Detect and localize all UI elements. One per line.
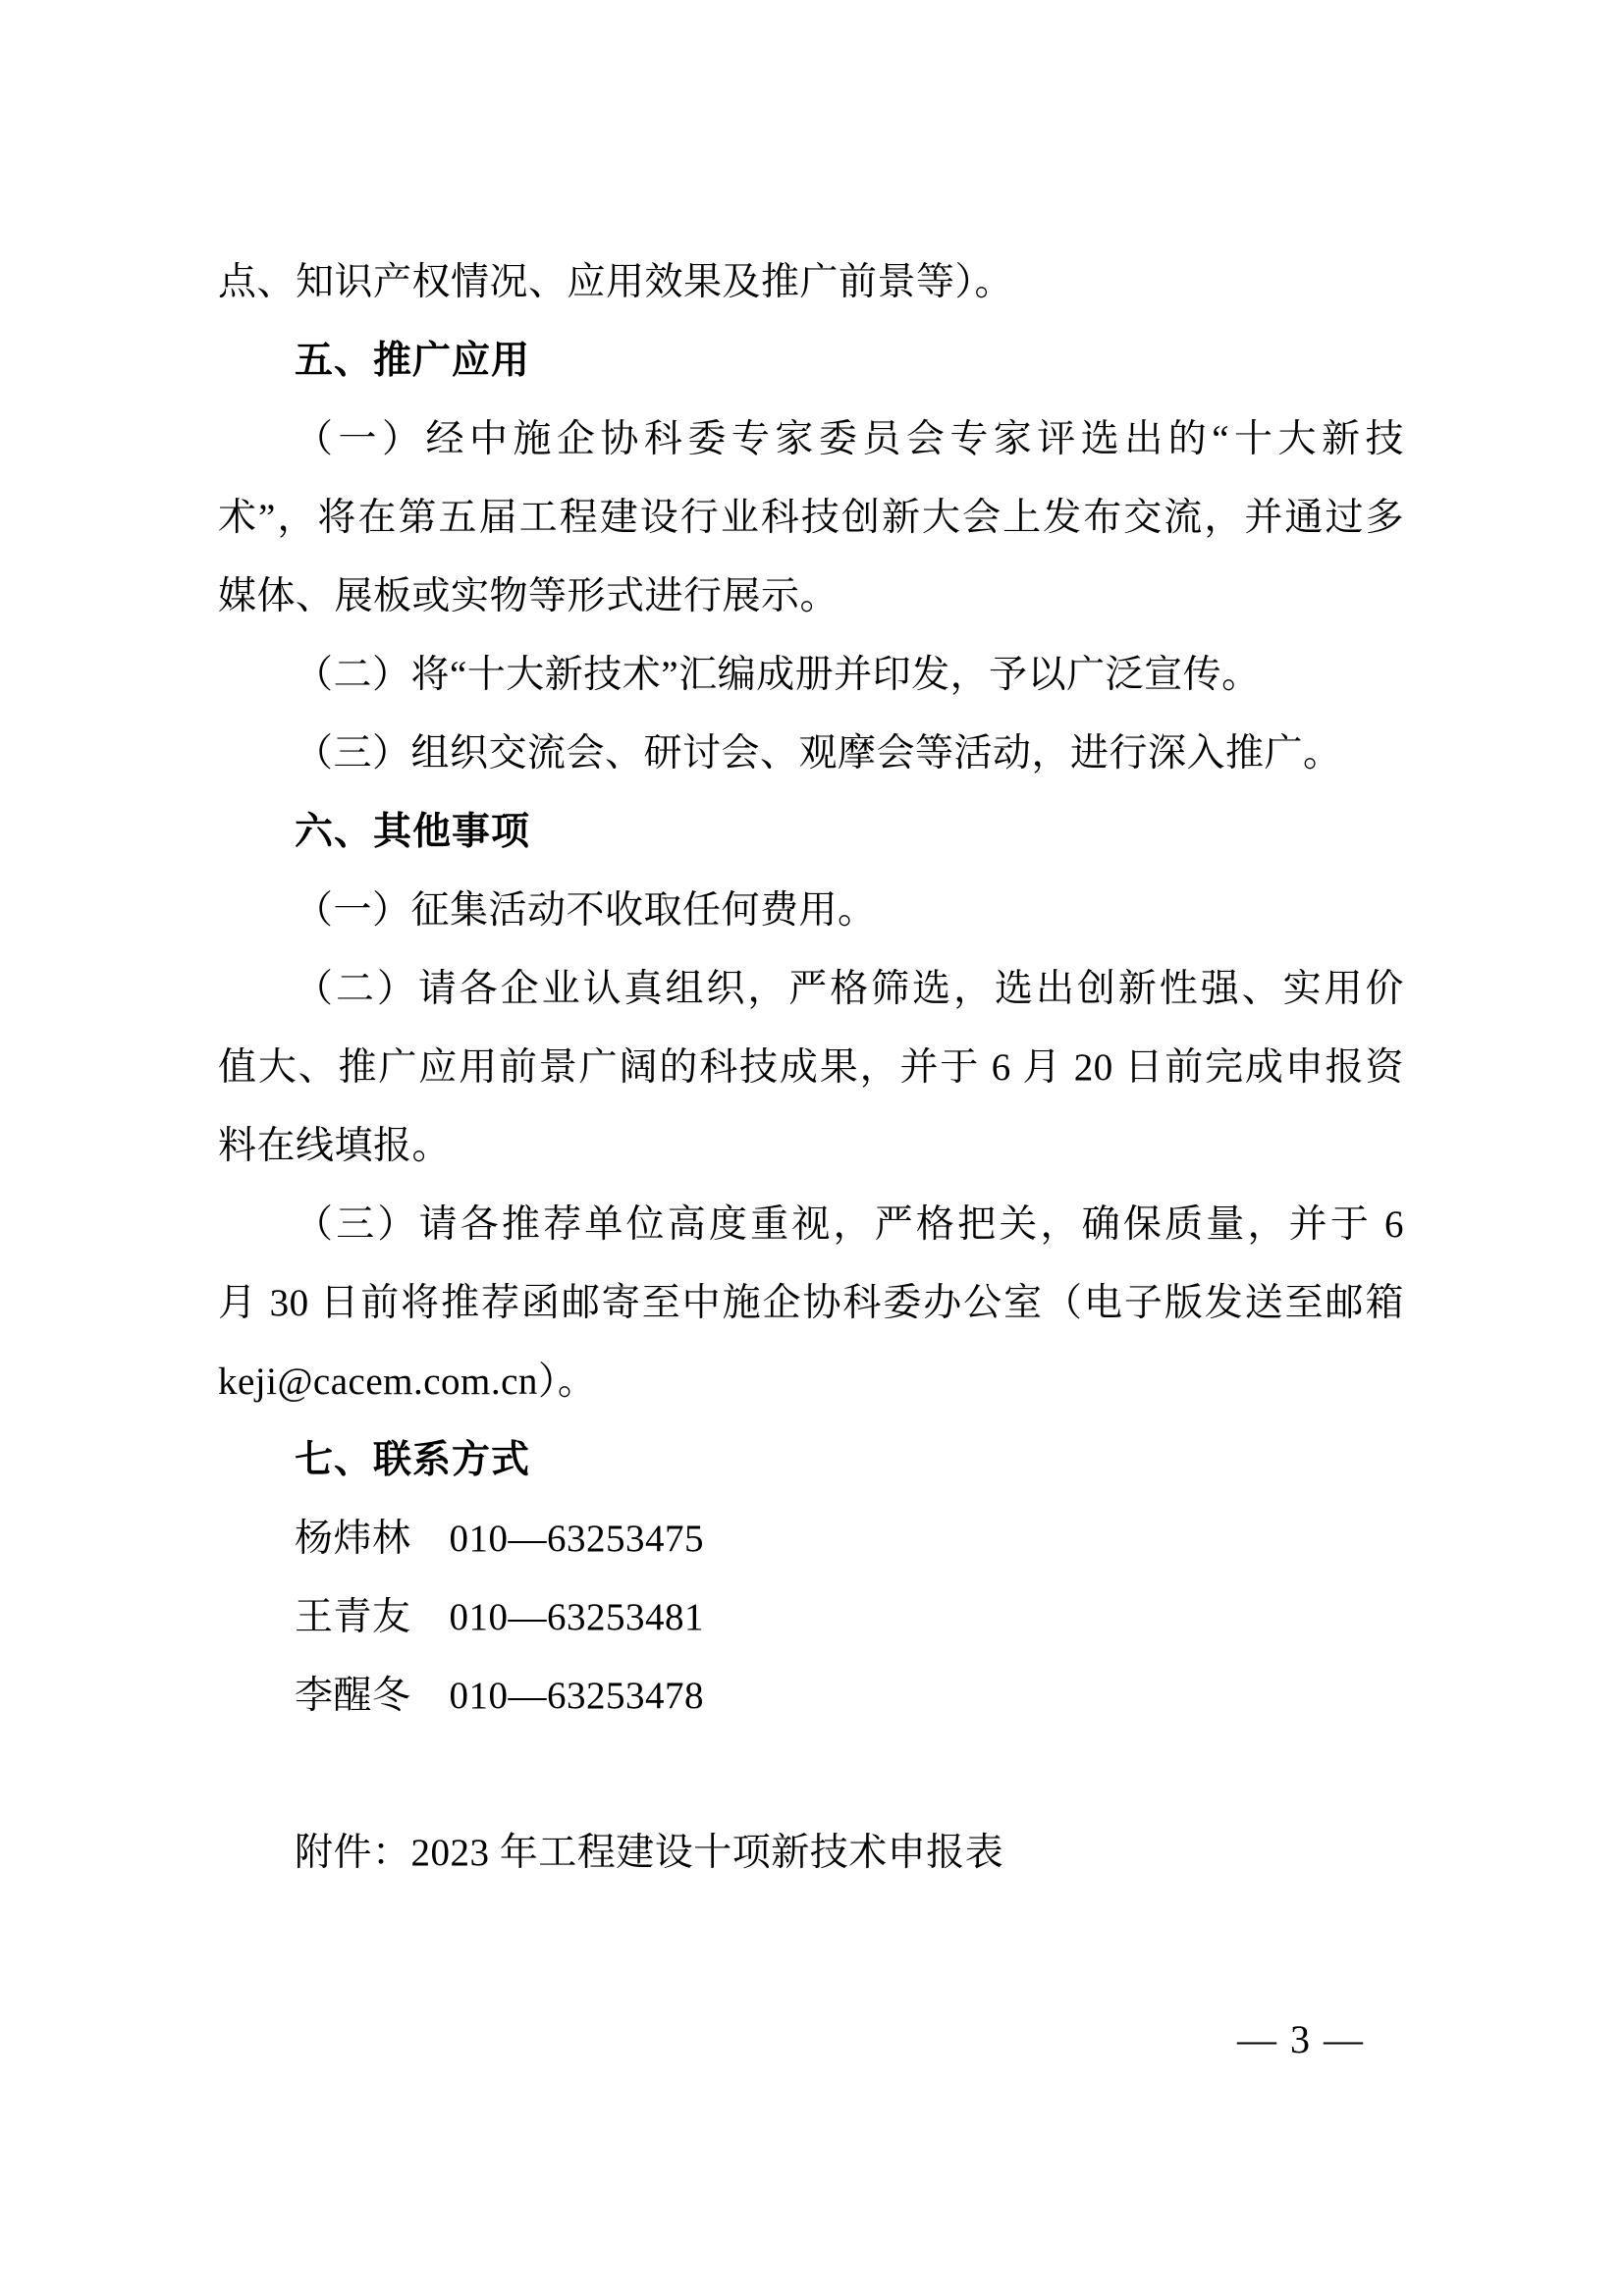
contact-phone: 010—63253478: [450, 1675, 705, 1717]
body-line: （三）组织交流会、研讨会、观摩会等活动，进行深入推广。: [218, 715, 1404, 793]
document-page: 点、知识产权情况、应用效果及推广前景等）。五、推广应用（一）经中施企协科委专家委…: [0, 0, 1624, 2296]
body-line: 点、知识产权情况、应用效果及推广前景等）。: [218, 243, 1404, 322]
blank-line: [218, 1735, 1404, 1814]
body-line: 术”，将在第五届工程建设行业科技创新大会上发布交流，并通过多: [218, 479, 1404, 558]
body-line: 媒体、展板或实物等形式进行展示。: [218, 558, 1404, 636]
section-heading: 七、联系方式: [218, 1421, 1404, 1500]
body-line: （二）请各企业认真组织，严格筛选，选出创新性强、实用价: [218, 950, 1404, 1029]
contact-line: 李醒冬010—63253478: [218, 1657, 1404, 1735]
body-line: 附件：2023 年工程建设十项新技术申报表: [218, 1814, 1404, 1893]
section-heading: 五、推广应用: [218, 322, 1404, 400]
document-body: 点、知识产权情况、应用效果及推广前景等）。五、推广应用（一）经中施企协科委专家委…: [218, 243, 1404, 1893]
contact-phone: 010—63253475: [450, 1518, 705, 1560]
body-line: 料在线填报。: [218, 1107, 1404, 1186]
contact-name: 杨炜林: [295, 1518, 411, 1560]
section-heading: 六、其他事项: [218, 793, 1404, 872]
body-line: keji@cacem.com.cn）。: [218, 1343, 1404, 1421]
body-line: 月 30 日前将推荐函邮寄至中施企协科委办公室（电子版发送至邮箱: [218, 1264, 1404, 1343]
body-line: （二）将“十大新技术”汇编成册并印发，予以广泛宣传。: [218, 636, 1404, 715]
body-line: （一）经中施企协科委专家委员会专家评选出的“十大新技: [218, 400, 1404, 479]
contact-line: 王青友010—63253481: [218, 1578, 1404, 1657]
contact-phone: 010—63253481: [450, 1596, 705, 1638]
body-line: （一）征集活动不收取任何费用。: [218, 872, 1404, 950]
contact-name: 李醒冬: [295, 1675, 411, 1717]
contact-name: 王青友: [295, 1596, 411, 1638]
page-number: — 3 —: [1237, 2001, 1365, 2079]
body-line: 值大、推广应用前景广阔的科技成果，并于 6 月 20 日前完成申报资: [218, 1029, 1404, 1107]
contact-line: 杨炜林010—63253475: [218, 1500, 1404, 1578]
body-line: （三）请各推荐单位高度重视，严格把关，确保质量，并于 6: [218, 1186, 1404, 1264]
